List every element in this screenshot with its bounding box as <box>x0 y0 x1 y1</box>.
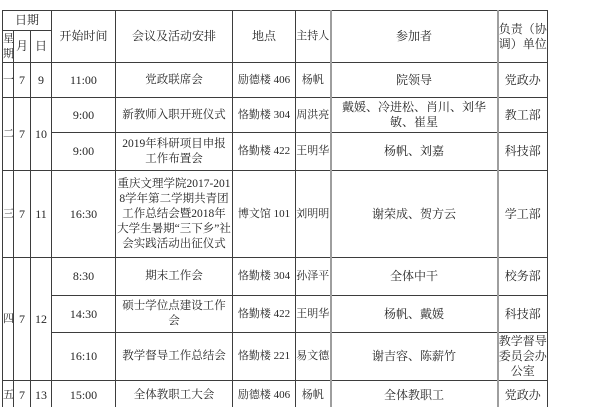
time-cell: 9:00 <box>52 98 116 133</box>
time-cell: 16:10 <box>52 333 116 381</box>
table-row: 四 7 12 8:30 期末工作会 恪勤楼 304 孙泽平 全体中干 校务部 <box>3 258 548 296</box>
month-cell: 7 <box>14 63 31 98</box>
table-row: 五 7 13 15:00 全体教职工大会 励德楼 406 杨帆 全体教职工 党政… <box>3 381 548 407</box>
header-start-time: 开始时间 <box>52 11 116 63</box>
schedule-table: 日期 开始时间 会议及活动安排 地点 主持人 参加者 负责（协调）单位 星期 月… <box>2 10 548 407</box>
meeting-cell: 新教师入职开班仪式 <box>116 98 233 133</box>
day-cell: 12 <box>31 258 52 381</box>
location-cell: 恪勤楼 422 <box>233 296 296 333</box>
day-cell: 13 <box>31 381 52 407</box>
time-cell: 15:00 <box>52 381 116 407</box>
meeting-cell: 教学督导工作总结会 <box>116 333 233 381</box>
time-cell: 8:30 <box>52 258 116 296</box>
header-participants: 参加者 <box>331 11 498 63</box>
month-cell: 7 <box>14 258 31 381</box>
meeting-cell: 期末工作会 <box>116 258 233 296</box>
meeting-cell: 硕士学位点建设工作会 <box>116 296 233 333</box>
time-cell: 16:30 <box>52 171 116 258</box>
header-host: 主持人 <box>296 11 331 63</box>
day-cell: 9 <box>31 63 52 98</box>
unit-cell: 党政办 <box>498 381 548 407</box>
host-cell: 王明华 <box>296 133 331 171</box>
month-cell: 7 <box>14 171 31 258</box>
table-row: 14:30 硕士学位点建设工作会 恪勤楼 422 王明华 杨帆、戴媛 科技部 <box>3 296 548 333</box>
participants-cell: 谢荣成、贺方云 <box>331 171 498 258</box>
unit-cell: 科技部 <box>498 133 548 171</box>
weekday-cell: 五 <box>3 381 14 407</box>
page: 日期 开始时间 会议及活动安排 地点 主持人 参加者 负责（协调）单位 星期 月… <box>0 0 600 407</box>
host-cell: 孙泽平 <box>296 258 331 296</box>
unit-cell: 党政办 <box>498 63 548 98</box>
day-cell: 11 <box>31 171 52 258</box>
meeting-cell: 全体教职工大会 <box>116 381 233 407</box>
header-unit: 负责（协调）单位 <box>498 11 548 63</box>
header-location: 地点 <box>233 11 296 63</box>
weekday-cell: 三 <box>3 171 14 258</box>
location-cell: 恪勤楼 422 <box>233 133 296 171</box>
participants-cell: 谢吉容、陈薪竹 <box>331 333 498 381</box>
location-cell: 恪勤楼 304 <box>233 258 296 296</box>
host-cell: 易文德 <box>296 333 331 381</box>
host-cell: 王明华 <box>296 296 331 333</box>
host-cell: 周洪亮 <box>296 98 331 133</box>
location-cell: 博文馆 101 <box>233 171 296 258</box>
location-cell: 恪勤楼 221 <box>233 333 296 381</box>
unit-cell: 校务部 <box>498 258 548 296</box>
header-month: 月 <box>14 31 31 63</box>
unit-cell: 教工部 <box>498 98 548 133</box>
weekday-cell: 二 <box>3 98 14 171</box>
participants-cell: 杨帆、戴媛 <box>331 296 498 333</box>
table-row: 16:10 教学督导工作总结会 恪勤楼 221 易文德 谢吉容、陈薪竹 教学督导… <box>3 333 548 381</box>
table-row: 9:00 2019年科研项目申报工作布置会 恪勤楼 422 王明华 杨帆、刘嘉 … <box>3 133 548 171</box>
participants-cell: 戴媛、冷进松、肖川、刘华敏、崔星 <box>331 98 498 133</box>
table-row: 一 7 9 11:00 党政联席会 励德楼 406 杨帆 院领导 党政办 <box>3 63 548 98</box>
time-cell: 11:00 <box>52 63 116 98</box>
location-cell: 恪勤楼 304 <box>233 98 296 133</box>
table-row: 三 7 11 16:30 重庆文理学院2017-2018学年第二学期共青团工作总… <box>3 171 548 258</box>
participants-cell: 全体教职工 <box>331 381 498 407</box>
location-cell: 励德楼 406 <box>233 381 296 407</box>
header-meeting: 会议及活动安排 <box>116 11 233 63</box>
header-day: 日 <box>31 31 52 63</box>
month-cell: 7 <box>14 98 31 171</box>
table-row: 二 7 10 9:00 新教师入职开班仪式 恪勤楼 304 周洪亮 戴媛、冷进松… <box>3 98 548 133</box>
host-cell: 杨帆 <box>296 381 331 407</box>
header-weekday: 星期 <box>3 31 14 63</box>
participants-cell: 院领导 <box>331 63 498 98</box>
meeting-cell: 重庆文理学院2017-2018学年第二学期共青团工作总结会暨2018年大学生暑期… <box>116 171 233 258</box>
header-date-group: 日期 <box>3 11 52 31</box>
weekday-cell: 一 <box>3 63 14 98</box>
time-cell: 9:00 <box>52 133 116 171</box>
host-cell: 刘明明 <box>296 171 331 258</box>
location-cell: 励德楼 406 <box>233 63 296 98</box>
unit-cell: 科技部 <box>498 296 548 333</box>
time-cell: 14:30 <box>52 296 116 333</box>
unit-cell: 教学督导委员会办公室 <box>498 333 548 381</box>
meeting-cell: 党政联席会 <box>116 63 233 98</box>
unit-cell: 学工部 <box>498 171 548 258</box>
weekday-cell: 四 <box>3 258 14 381</box>
participants-cell: 杨帆、刘嘉 <box>331 133 498 171</box>
participants-cell: 全体中干 <box>331 258 498 296</box>
meeting-cell: 2019年科研项目申报工作布置会 <box>116 133 233 171</box>
host-cell: 杨帆 <box>296 63 331 98</box>
month-cell: 7 <box>14 381 31 407</box>
day-cell: 10 <box>31 98 52 171</box>
